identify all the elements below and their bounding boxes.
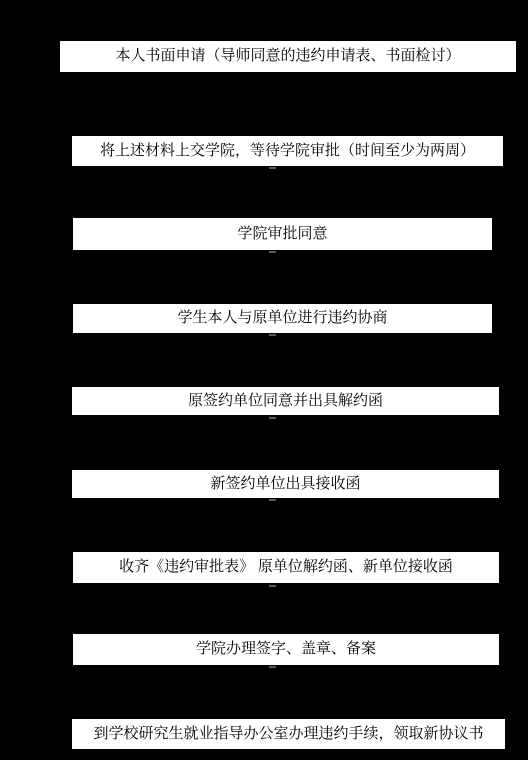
arrow-tip-mark	[269, 167, 276, 169]
arrow-tip-mark	[269, 417, 276, 419]
flow-step-label: 学院审批同意	[237, 227, 327, 242]
flow-step-label: 到学校研究生就业指导办公室办理违约手续，领取新协议书	[93, 727, 483, 742]
flow-step-label: 收齐《违约审批表》 原单位解约函、新单位接收函	[119, 560, 453, 575]
flow-step-label: 本人书面申请（导师同意的违约申请表、书面检讨）	[115, 49, 460, 64]
arrow-tip-mark	[269, 334, 276, 336]
flow-step-submit-materials: 将上述材料上交学院，等待学院审批（时间至少为两周）	[72, 136, 503, 166]
flow-step-new-unit-acceptance-letter: 新签约单位出具接收函	[72, 470, 499, 498]
flowchart: 本人书面申请（导师同意的违约申请表、书面检讨） 将上述材料上交学院，等待学院审批…	[0, 0, 528, 760]
arrow-tip-mark	[269, 499, 276, 501]
flow-step-college-sign-stamp-file: 学院办理签字、盖章、备案	[73, 634, 499, 665]
flow-step-written-application: 本人书面申请（导师同意的违约申请表、书面检讨）	[60, 41, 516, 72]
flow-step-label: 学院办理签字、盖章、备案	[196, 642, 376, 657]
arrow-tip-mark	[269, 585, 276, 587]
flow-step-label: 新签约单位出具接收函	[210, 477, 360, 492]
arrow-tip-mark	[269, 251, 276, 253]
flow-step-university-office-formalities: 到学校研究生就业指导办公室办理违约手续，领取新协议书	[72, 719, 505, 749]
flow-step-label: 原签约单位同意并出具解约函	[188, 394, 383, 409]
arrow-tip-mark	[269, 666, 276, 668]
flow-step-college-approval: 学院审批同意	[73, 218, 492, 250]
flow-step-label: 将上述材料上交学院，等待学院审批（时间至少为两周）	[100, 144, 475, 159]
flow-step-negotiate-with-original-unit: 学生本人与原单位进行违约协商	[73, 304, 492, 333]
flow-step-original-unit-release-letter: 原签约单位同意并出具解约函	[72, 387, 499, 415]
flow-step-collect-documents: 收齐《违约审批表》 原单位解约函、新单位接收函	[73, 552, 499, 583]
flow-step-label: 学生本人与原单位进行违约协商	[177, 311, 387, 326]
